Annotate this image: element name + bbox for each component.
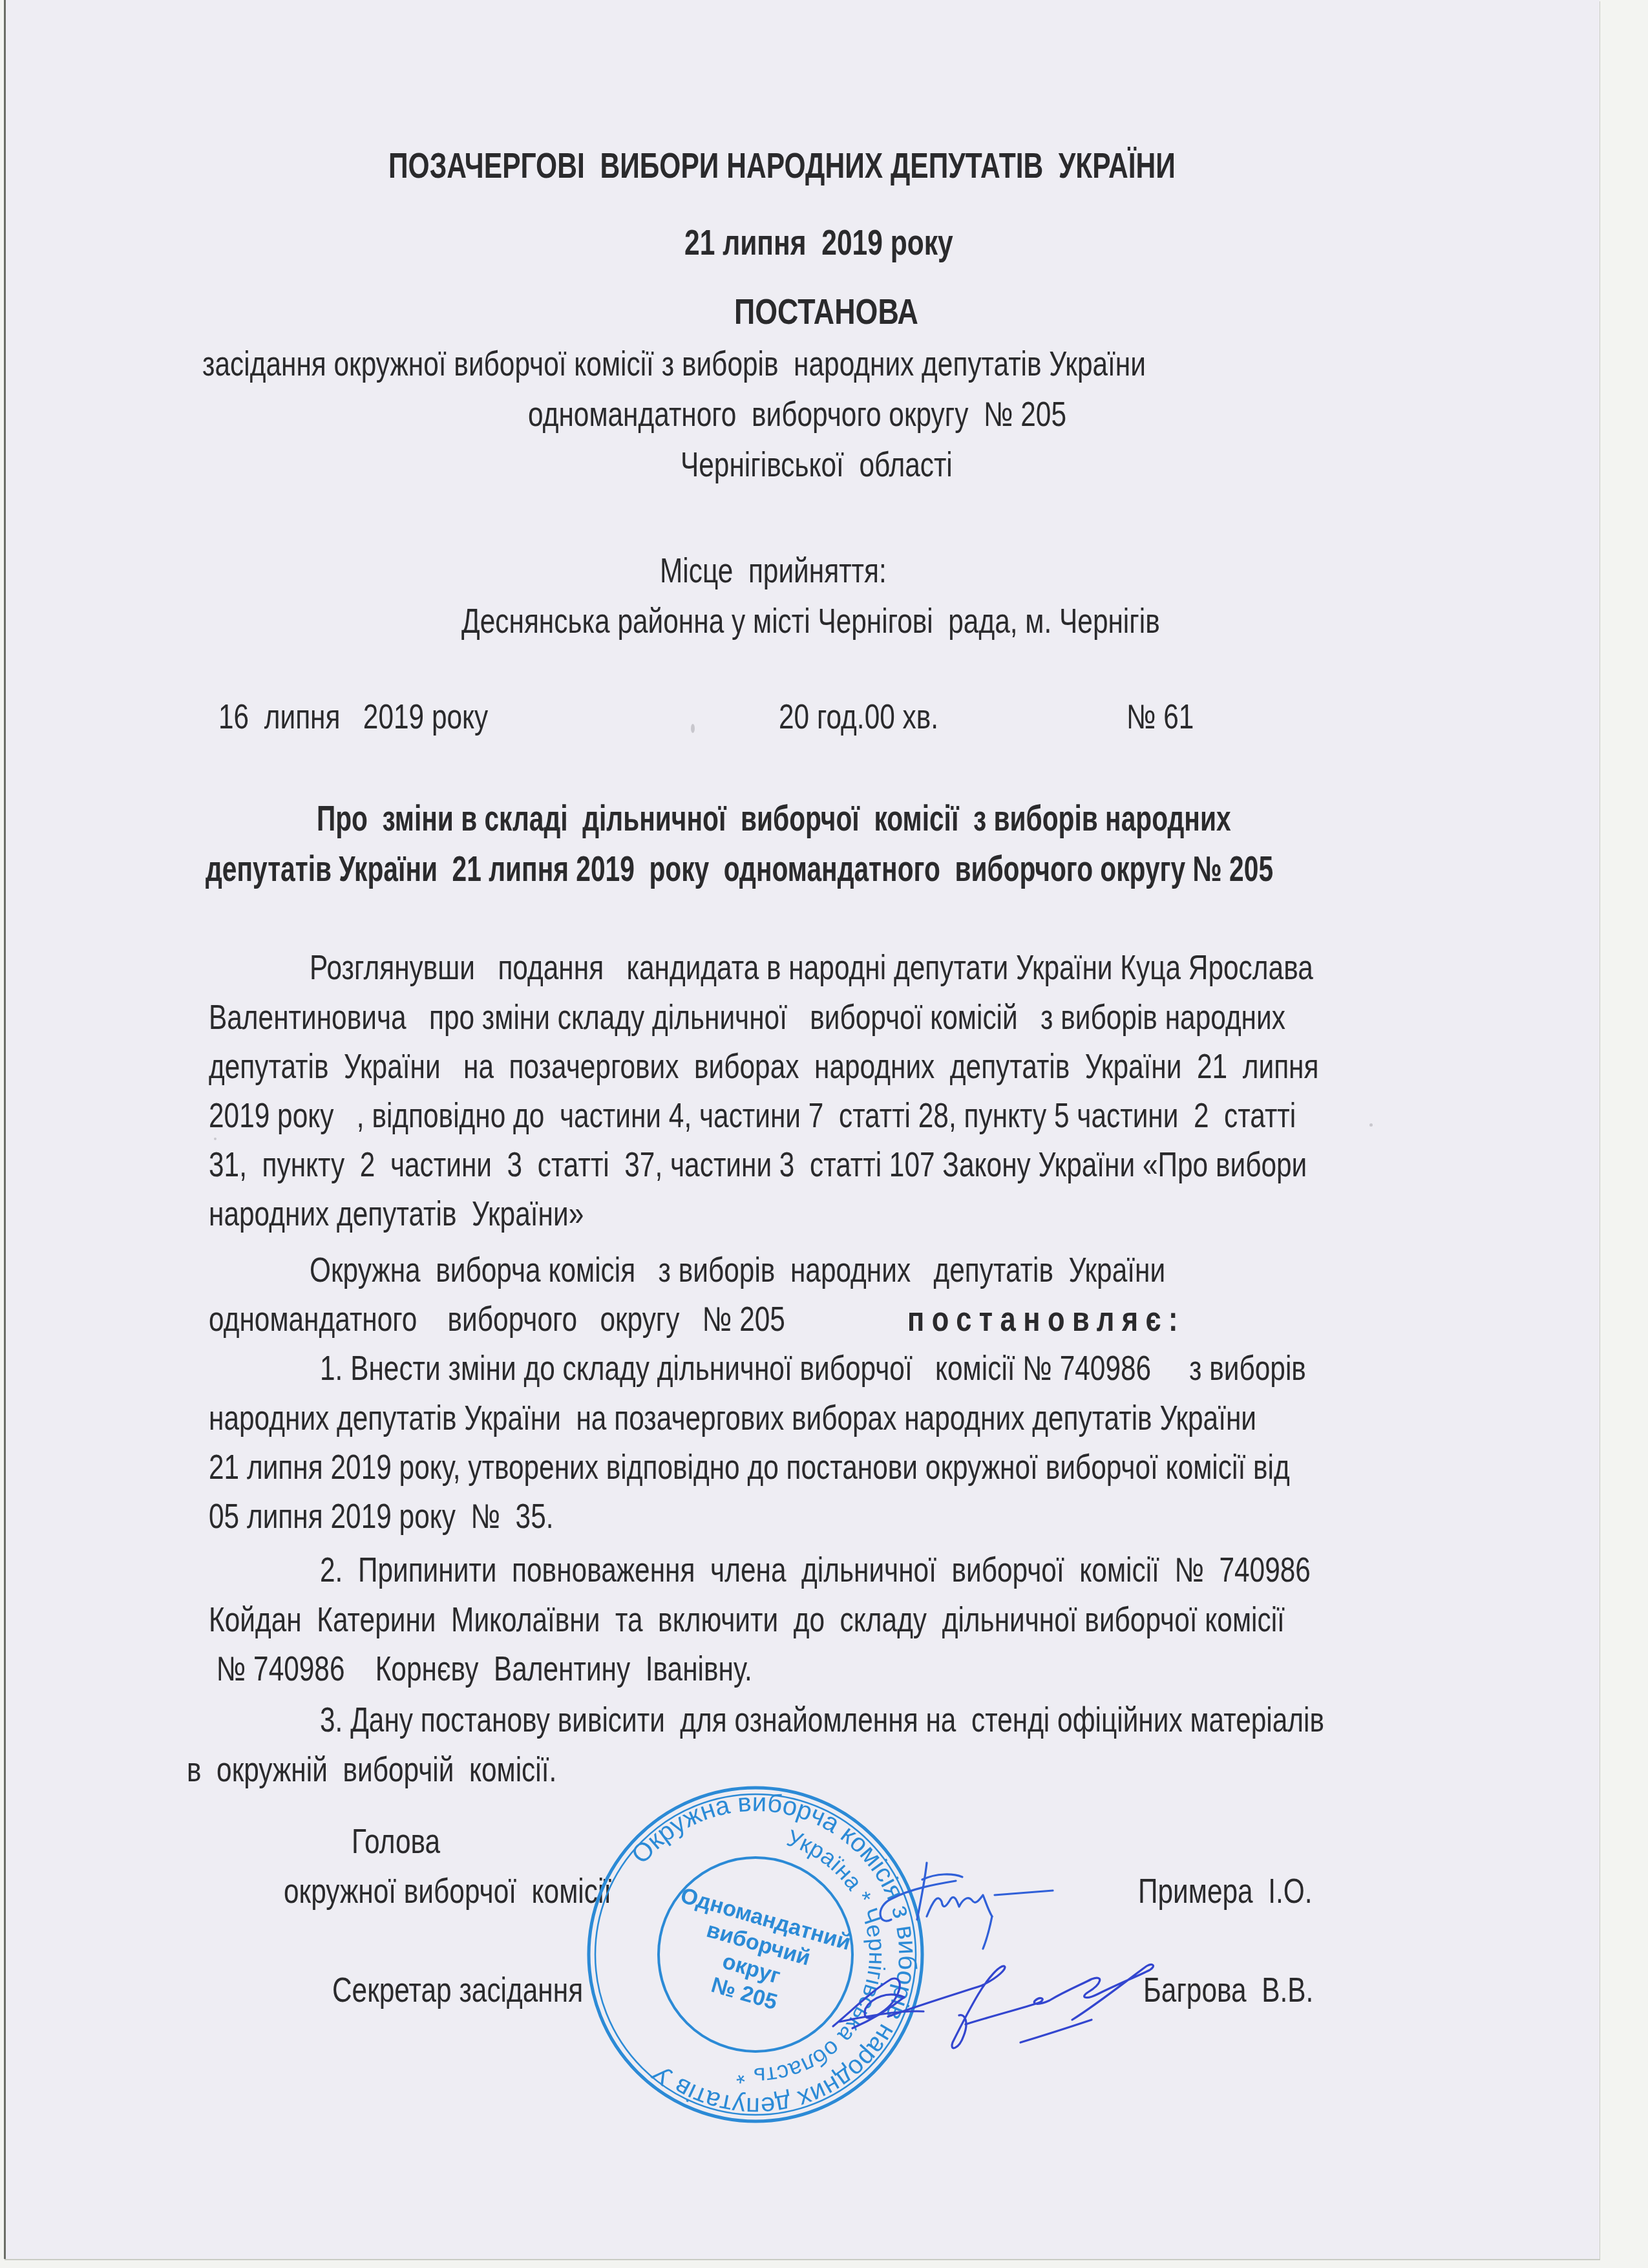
scan-speck — [1369, 1123, 1373, 1127]
secretary-name: Багрова В.В. — [1143, 1971, 1313, 2010]
item-3-line: в окружній виборчій комісії. — [187, 1751, 556, 1790]
chair-title-line-2: окружної виборчої комісії — [284, 1872, 611, 1911]
item-2-line: Койдан Катерини Миколаївни та включити д… — [209, 1601, 1285, 1640]
chair-title-line-1: Голова — [352, 1823, 440, 1861]
issuer-line-2: одномандатного виборчого округу № 205 — [528, 396, 1066, 434]
item-1-line: 05 липня 2019 року № 35. — [209, 1498, 554, 1536]
secretary-signature — [827, 1939, 1163, 2059]
preamble-line: 2019 року , відповідно до частини 4, час… — [209, 1097, 1296, 1136]
item-1-line: 1. Внести зміни до складу дільничної виб… — [320, 1350, 1306, 1388]
resolution-time: 20 год.00 хв. — [779, 698, 938, 737]
resolves-keyword: постановляє: — [907, 1300, 1185, 1339]
subject-line-2: депутатів України 21 липня 2019 року одн… — [206, 849, 1273, 888]
preamble-line: народних депутатів України» — [209, 1195, 584, 1234]
document-page: ПОЗАЧЕРГОВІ ВИБОРИ НАРОДНИХ ДЕПУТАТІВ УК… — [4, 0, 1600, 2259]
preamble-line: Розглянувши подання кандидата в народні … — [310, 949, 1313, 988]
item-1-line: 21 липня 2019 року, утворених відповідно… — [209, 1448, 1290, 1487]
item-2-line: 2. Припинити повноваження члена дільничн… — [320, 1551, 1311, 1590]
resolves-line-1: Окружна виборча комісія з виборів народн… — [310, 1251, 1165, 1290]
place-value: Деснянська районна у місті Чернігові рад… — [461, 602, 1160, 641]
issuer-line-3: Чернігівської області — [681, 446, 953, 485]
election-title: ПОЗАЧЕРГОВІ ВИБОРИ НАРОДНИХ ДЕПУТАТІВ УК… — [388, 146, 1176, 185]
resolution-date: 16 липня 2019 року — [218, 698, 488, 737]
subject-line-1: Про зміни в складі дільничної виборчої к… — [317, 799, 1231, 838]
resolves-line-2: одномандатного виборчого округу № 205 — [209, 1300, 785, 1339]
scan-speck — [214, 1138, 217, 1140]
item-1-line: народних депутатів України на позачергов… — [209, 1399, 1256, 1438]
secretary-title: Секретар засідання — [332, 1971, 583, 2010]
resolution-number: № 61 — [1126, 698, 1194, 737]
preamble-line: Валентиновича про зміни складу дільнично… — [209, 999, 1285, 1037]
preamble-line: 31, пункту 2 частини 3 статті 37, частин… — [209, 1146, 1307, 1185]
item-3-line: 3. Дану постанову вивісити для ознайомле… — [320, 1701, 1324, 1740]
item-2-line: № 740986 Корнєву Валентину Іванівну. — [209, 1650, 752, 1689]
preamble-line: депутатів України на позачергових вибора… — [209, 1048, 1319, 1086]
election-date: 21 липня 2019 року — [684, 223, 953, 262]
document-type-title: ПОСТАНОВА — [734, 292, 918, 331]
issuer-line-1: засідання окружної виборчої комісії з ви… — [202, 345, 1146, 384]
place-label: Місце прийняття: — [660, 552, 887, 591]
scan-speck — [691, 724, 695, 733]
chair-name: Примера І.О. — [1138, 1872, 1313, 1911]
